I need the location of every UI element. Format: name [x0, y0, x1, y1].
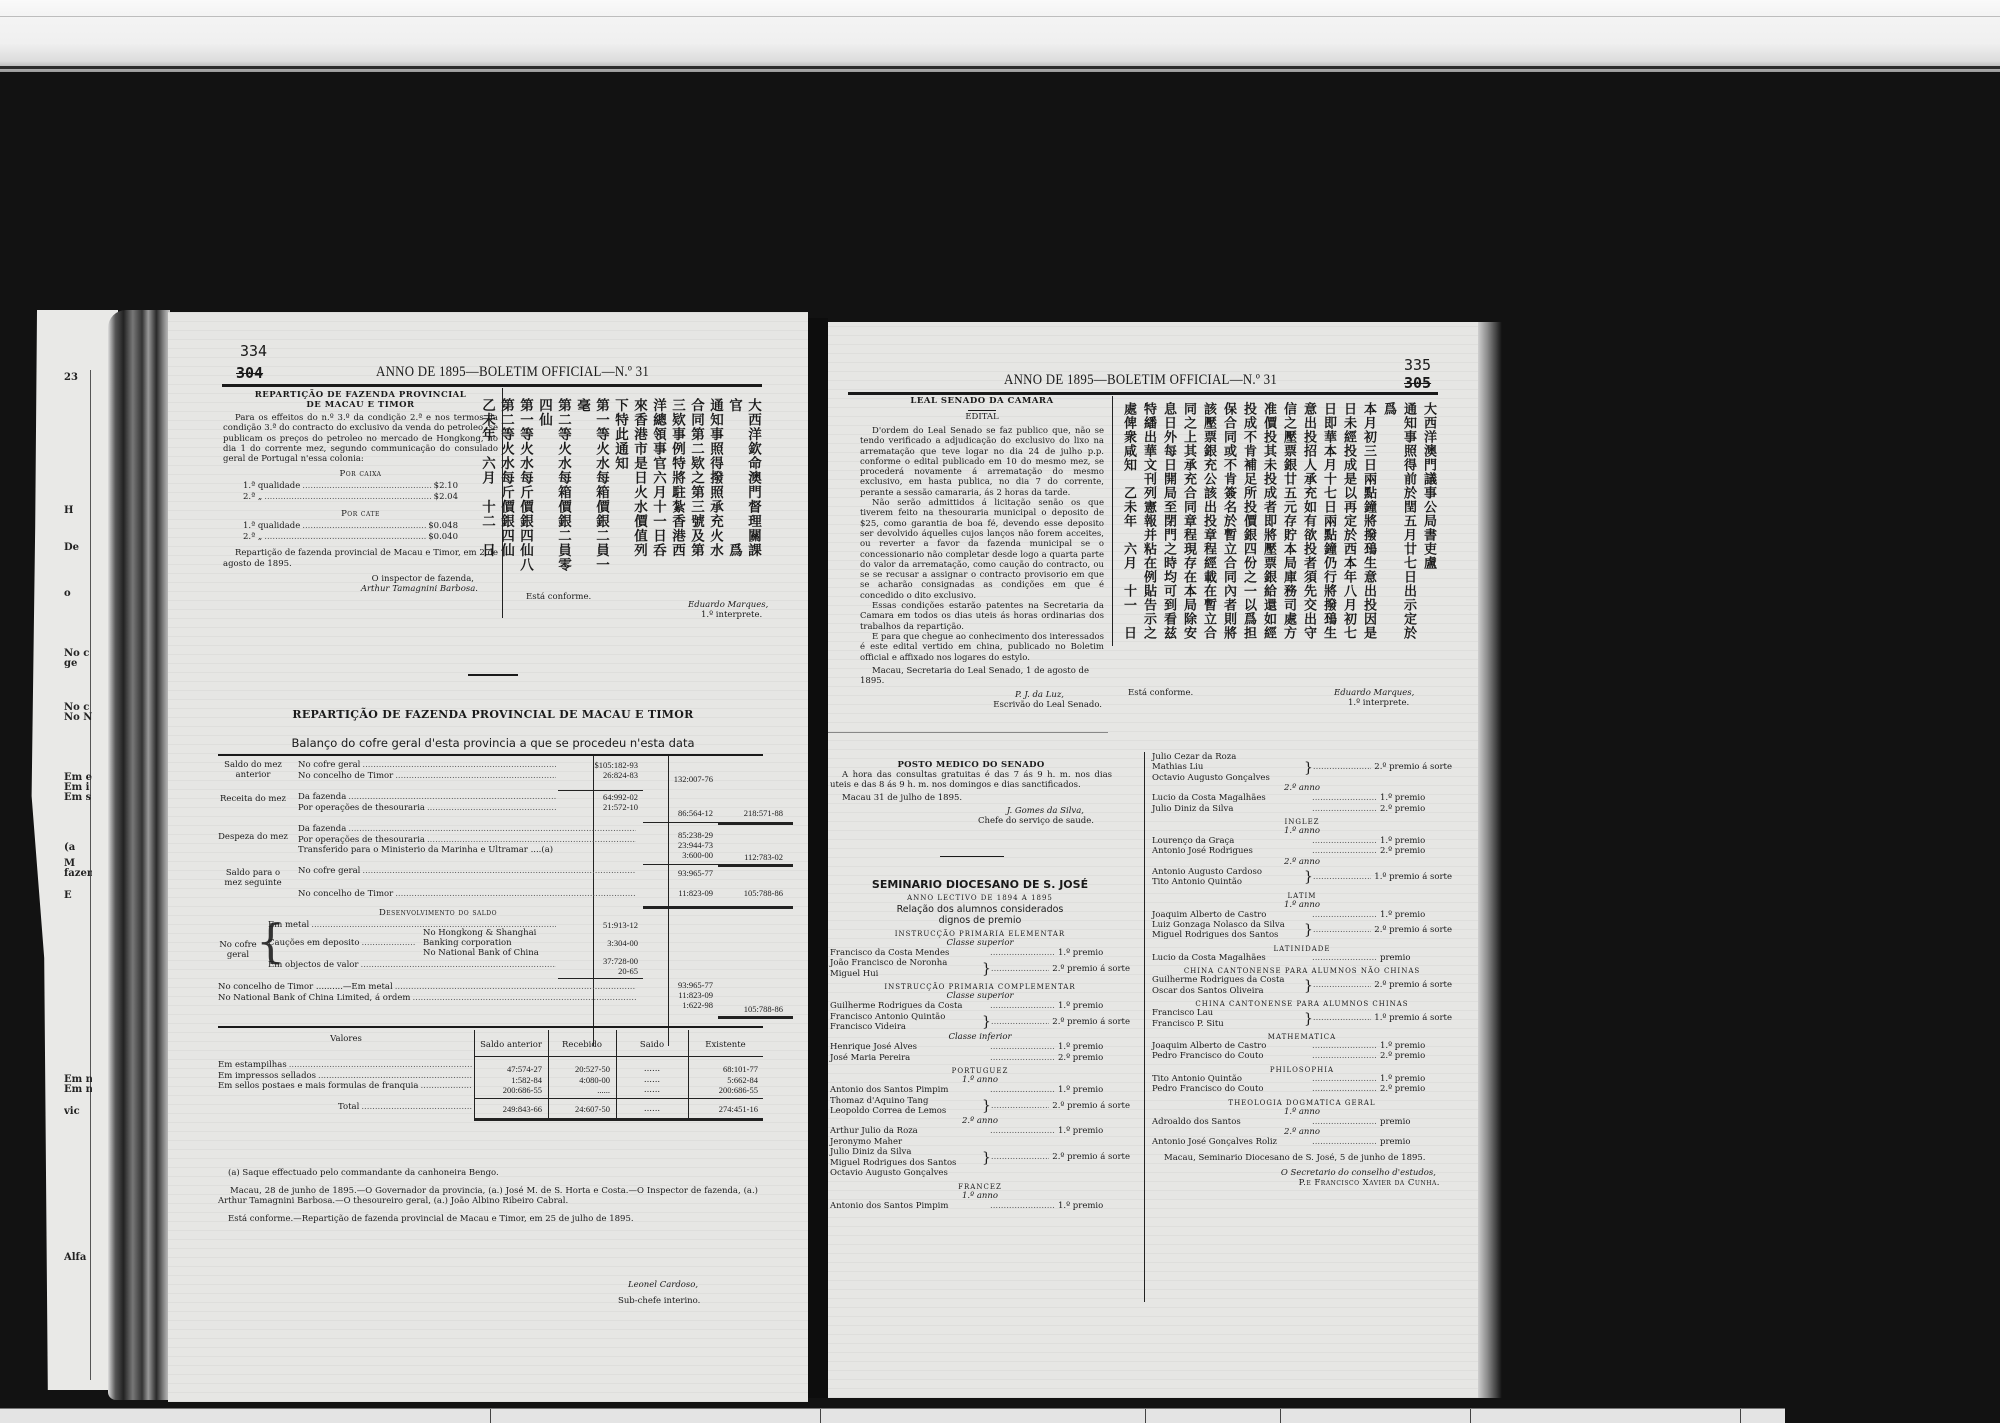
student-name: Antonio José Gonçalves Roliz	[1152, 1137, 1304, 1147]
page-edge	[1478, 322, 1502, 1398]
section-title: SEMINARIO DIOCESANO DE S. JOSÉ	[830, 878, 1130, 891]
student-name: Oscar dos Santos Oliveira	[1152, 986, 1304, 996]
prize-label: 1.º premio á sorte	[1371, 1013, 1452, 1023]
prize-class-heading: 2.º anno	[830, 1116, 1130, 1126]
prize-label: 1.º premio	[1377, 1074, 1452, 1084]
prize-entry: Luiz Gonzaga Nolasco da SilvaMiguel Rodr…	[1152, 920, 1452, 941]
prize-section-heading: CHINA CANTONENSE PARA ALUMNOS CHINAS	[1152, 1000, 1452, 1008]
prize-label: premio	[1377, 1117, 1452, 1127]
prize-entry: Lucio da Costa Magalhães1.º premio	[1152, 793, 1452, 803]
prize-section-heading: PORTUGUEZ	[830, 1067, 1130, 1075]
signer-title: Sub-chefe interino.	[618, 1296, 700, 1306]
prize-section-heading: MATHEMATICA	[1152, 1033, 1452, 1041]
student-name: Antonio Augusto Cardoso	[1152, 867, 1304, 877]
signer-name: P.e Francisco Xavier da Cunha.	[1152, 1178, 1452, 1188]
por-cate-heading: Por cate	[223, 509, 498, 519]
student-name: Lucio da Costa Magalhães	[1152, 953, 1304, 963]
student-name: Antonio dos Santos Pimpim	[830, 1201, 982, 1211]
leaf-fragment: E	[64, 890, 92, 901]
prize-class-heading: 2.º anno	[1152, 783, 1452, 793]
student-name: José Maria Pereira	[830, 1053, 982, 1063]
prize-entry: Julio Diniz da Silva2.º premio	[1152, 804, 1452, 814]
seminario-section: SEMINARIO DIOCESANO DE S. JOSÉ ANNO LECT…	[830, 878, 1130, 1211]
balance-group: Despeza do mez Da fazenda Por operações …	[218, 822, 763, 862]
prize-label: 2.º premio á sorte	[1049, 1152, 1130, 1162]
chinese-notice: 大西洋澳門議事公局書吏盧 通知事照得前於閏五月廿七日出示定於 爲 本月初三日兩點…	[1124, 402, 1438, 664]
scanner-bottom-strip	[0, 1408, 1785, 1423]
adjacent-leaf: 23 H De o No c ge No c No N Em e Em i Em…	[28, 310, 118, 1390]
brace: }	[1304, 925, 1313, 935]
prize-label: 2.º premio	[1377, 1084, 1452, 1094]
chinese-notice: 大西洋欽命澳門督理關課 官 爲 通知事照得撥照承充火水 合同第二欵之第三號及第 …	[510, 398, 762, 580]
student-name: Luiz Gonzaga Nolasco da Silva	[1152, 920, 1304, 930]
leaf-fragment: De	[64, 542, 92, 553]
prize-entry: Arthur Julio da Roza1.º premio	[830, 1126, 1130, 1136]
section-title: LEAL SENADO DA CAMARA	[860, 396, 1104, 406]
leaf-fragment: fazend	[64, 868, 92, 879]
notice-title: REPARTIÇÃO DE FAZENDA PROVINCIAL	[223, 390, 498, 400]
balance-group: Saldo para o mez seguinte No cofre geral…	[218, 862, 763, 902]
prize-entry: Julio Cezar da RozaMathias LiuOctavio Au…	[1152, 752, 1452, 783]
prize-entry: Francisco Antonio QuintãoFrancisco Videi…	[830, 1012, 1130, 1033]
translator-name: Eduardo Marques,	[1334, 688, 1414, 698]
header-rule	[222, 384, 762, 387]
leaf-fragment: No N	[64, 712, 92, 723]
book-binding	[108, 310, 170, 1400]
prize-entry: Joaquim Alberto de Castro1.º premio	[1152, 1041, 1452, 1051]
student-name: Francisco Antonio Quintão	[830, 1012, 982, 1022]
student-name: Francisco P. Situ	[1152, 1019, 1304, 1029]
prize-entry: Joaquim Alberto de Castro1.º premio	[1152, 910, 1452, 920]
prize-class-heading: 1.º anno	[1152, 1107, 1452, 1117]
printed-page-number: 304	[236, 364, 263, 382]
prize-entry: Francisco da Costa Mendes1.º premio	[830, 948, 1130, 958]
prize-entry: Lourenço da Graça1.º premio	[1152, 836, 1452, 846]
student-name: Mathias Liu	[1152, 762, 1304, 772]
prize-class-heading: Classe superior	[830, 991, 1130, 1001]
footnote: (a) Saque effectuado pelo commandante da…	[228, 1168, 748, 1178]
prize-section-heading: INSTRUCÇÃO PRIMARIA ELEMENTAR	[830, 930, 1130, 938]
student-name: Julio Cezar da Roza	[1152, 752, 1304, 762]
prize-list-col1: INSTRUCÇÃO PRIMARIA ELEMENTARClasse supe…	[830, 930, 1130, 1211]
notice-title: DE MACAU E TIMOR	[223, 400, 498, 410]
prize-entry: Antonio dos Santos Pimpim1.º premio	[830, 1201, 1130, 1211]
prize-label: 1.º premio	[1055, 1001, 1130, 1011]
header-rule	[848, 392, 1438, 395]
prize-entry: Jeronymo MaherJulio Diniz da SilvaMiguel…	[830, 1137, 1130, 1179]
student-name: Antonio dos Santos Pimpim	[830, 1085, 982, 1095]
prize-class-heading: Classe superior	[830, 938, 1130, 948]
translator-title: 1.º interprete.	[1348, 698, 1409, 708]
prize-section-heading: PHILOSOPHIA	[1152, 1066, 1452, 1074]
student-name: Francisco Lau	[1152, 1008, 1304, 1018]
prize-list-col2: Julio Cezar da RozaMathias LiuOctavio Au…	[1152, 752, 1452, 1147]
student-name: Miguel Rodrigues dos Santos	[1152, 930, 1304, 940]
student-name: Thomaz d'Aquino Tang	[830, 1096, 982, 1106]
column-header: Valores	[218, 1034, 474, 1044]
column-header: Existente	[688, 1040, 763, 1050]
prize-label: 1.º premio	[1055, 1085, 1130, 1095]
student-name: Miguel Rodrigues dos Santos	[830, 1158, 982, 1168]
signer-title: Chefe do serviço de saude.	[830, 816, 1112, 826]
student-name: Guilherme Rodrigues da Costa	[830, 1001, 982, 1011]
prize-entry: Thomaz d'Aquino TangLeopoldo Correa de L…	[830, 1096, 1130, 1117]
student-name: Pedro Francisco do Couto	[1152, 1051, 1304, 1061]
prize-entry: Pedro Francisco do Couto2.º premio	[1152, 1084, 1452, 1094]
price-row: 1.ª qualidade$0.048	[243, 521, 458, 532]
leaf-fragment: (a	[64, 842, 92, 853]
student-name: Francisco Videira	[830, 1022, 982, 1032]
running-head: ANNO DE 1895—BOLETIM OFFICIAL—N.º 31	[1004, 372, 1277, 389]
prize-entry: Antonio José Rodrigues2.º premio	[1152, 846, 1452, 856]
leaf-fragment: Em navi	[64, 1084, 92, 1095]
prize-entry: Guilherme Rodrigues da CostaOscar dos Sa…	[1152, 975, 1452, 996]
prize-label: 2.º premio á sorte	[1371, 762, 1452, 772]
prize-entry: Antonio dos Santos Pimpim1.º premio	[830, 1085, 1130, 1095]
prize-label: 1.º premio	[1055, 948, 1130, 958]
column-header: Saido	[616, 1040, 688, 1050]
student-name: Henrique José Alves	[830, 1042, 982, 1052]
leaf-fragment: H	[64, 505, 92, 516]
brace: }	[1304, 872, 1313, 882]
prize-entry: Henrique José Alves1.º premio	[830, 1042, 1130, 1052]
student-name: Antonio José Rodrigues	[1152, 846, 1304, 856]
leaf-fragment: o	[64, 588, 92, 599]
student-name: Tito Antonio Quintão	[1152, 1074, 1304, 1084]
prize-entry: José Maria Pereira2.º premio	[830, 1053, 1130, 1063]
prize-label: 1.º premio	[1377, 836, 1452, 846]
page-gutter	[808, 318, 828, 1398]
prize-entry: Lucio da Costa Magalhãespremio	[1152, 953, 1452, 963]
student-name: Octavio Augusto Gonçalves	[830, 1168, 982, 1178]
left-page: 334 304 ANNO DE 1895—BOLETIM OFFICIAL—N.…	[168, 312, 808, 1402]
prize-section-heading: FRANCEZ	[830, 1183, 1130, 1191]
prize-label: 2.º premio á sorte	[1049, 1101, 1130, 1111]
student-name: Adroaldo dos Santos	[1152, 1117, 1304, 1127]
attestation: Macau, 28 de junho de 1895.—O Governador…	[218, 1186, 758, 1207]
student-name: Miguel Hui	[830, 969, 982, 979]
balance-group: Saldo do mez anterior No cofre geral No …	[218, 760, 763, 790]
prize-class-heading: 2.º anno	[1152, 1127, 1452, 1137]
conformity-note: Está conforme.	[526, 592, 591, 602]
student-name: Julio Diniz da Silva	[830, 1147, 982, 1157]
prize-label: 2.º premio	[1377, 846, 1452, 856]
prize-class-heading: 2.º anno	[1152, 857, 1452, 867]
por-caixa-heading: Por caixa	[223, 469, 498, 479]
signer-title: Escrivão do Leal Senado.	[860, 700, 1104, 710]
prize-label: 1.º premio	[1055, 1126, 1130, 1136]
prize-label: 1.º premio	[1377, 793, 1452, 803]
signer-name: Leonel Cardoso,	[628, 1280, 698, 1290]
prize-label: 1.º premio	[1377, 1041, 1452, 1051]
prize-class-heading: 1.º anno	[1152, 900, 1452, 910]
petroleum-notice: REPARTIÇÃO DE FAZENDA PROVINCIAL DE MACA…	[223, 390, 498, 594]
column-header: Saldo anterior	[474, 1040, 548, 1050]
prize-entry: Guilherme Rodrigues da Costa1.º premio	[830, 1001, 1130, 1011]
balance-table: Saldo do mez anterior No cofre geral No …	[218, 760, 763, 902]
prize-class-heading: 1.º anno	[830, 1191, 1130, 1201]
prize-entry: João Francisco de NoronhaMiguel Hui}2.º …	[830, 958, 1130, 979]
student-name: João Francisco de Noronha	[830, 958, 982, 968]
notice-body: Para os effeitos do n.º 3.º da condição …	[223, 413, 498, 464]
brace: }	[1304, 763, 1313, 773]
posto-medico: POSTO MEDICO DO SENADO A hora das consul…	[830, 760, 1112, 826]
student-name: Julio Diniz da Silva	[1152, 804, 1304, 814]
prize-class-heading: 1.º anno	[830, 1075, 1130, 1085]
prize-label: 2.º premio á sorte	[1371, 925, 1452, 935]
translator-name: Eduardo Marques,	[688, 600, 768, 610]
development-title: Desenvolvimento do saldo	[338, 908, 538, 918]
student-name: Lourenço da Graça	[1152, 836, 1304, 846]
prize-label: 2.º premio á sorte	[1049, 1017, 1130, 1027]
conformity-note: Está conforme.	[1128, 688, 1193, 698]
prize-label: 1.º premio	[1377, 910, 1452, 920]
table-top-rule	[218, 754, 763, 756]
brace: }	[982, 964, 991, 974]
prize-label: 1.º premio	[1055, 1201, 1130, 1211]
signer-title: O inspector de fazenda,	[223, 574, 498, 584]
prize-entry: Tito Antonio Quintão1.º premio	[1152, 1074, 1452, 1084]
table-row: Em estampilhas	[218, 1060, 474, 1071]
leaf-fragment: Em s	[64, 792, 92, 803]
brace: }	[982, 1101, 991, 1111]
handwritten-page-number: 335	[1404, 356, 1431, 374]
student-name: Octavio Augusto Gonçalves	[1152, 773, 1304, 783]
brace: }	[1304, 1014, 1313, 1024]
signer-name: P. J. da Luz,	[860, 690, 1104, 700]
translator-title: 1.º interprete.	[701, 610, 762, 620]
prize-label: 2.º premio á sorte	[1049, 964, 1130, 974]
prize-section-heading: LATINIDADE	[1152, 945, 1452, 953]
prize-label: 2.º premio á sorte	[1371, 980, 1452, 990]
prize-entry: Adroaldo dos Santospremio	[1152, 1117, 1452, 1127]
brace: }	[1304, 981, 1313, 991]
leaf-fragment: 23	[64, 372, 92, 383]
price-row: 2.ª „$0.040	[243, 532, 458, 543]
conformity-note: Está conforme.—Repartição de fazenda pro…	[228, 1214, 748, 1224]
total-row: Total	[338, 1102, 474, 1113]
price-row: 1.ª qualidade$2.10	[243, 481, 458, 492]
balance-subtitle: Balanço do cofre geral d'esta provincia …	[223, 736, 763, 750]
printed-page-number: 305	[1404, 374, 1431, 392]
column-divider	[1112, 396, 1113, 646]
prize-entry: Pedro Francisco do Couto2.º premio	[1152, 1051, 1452, 1061]
prize-label: 1.º premio á sorte	[1371, 872, 1452, 882]
prize-section-heading: THEOLOGIA DOGMATICA GERAL	[1152, 1099, 1452, 1107]
student-name: Arthur Julio da Roza	[830, 1126, 982, 1136]
prize-class-heading: Classe inferior	[830, 1032, 1130, 1042]
balance-group: Receita do mez Da fazenda Por operações …	[218, 790, 763, 822]
seminario-section-col2: Julio Cezar da RozaMathias LiuOctavio Au…	[1152, 752, 1452, 1188]
section-divider	[940, 856, 1004, 857]
student-name: Joaquim Alberto de Castro	[1152, 1041, 1304, 1051]
signer-name: Arthur Tamagnini Barbosa.	[223, 584, 498, 594]
column-divider	[1144, 752, 1145, 1302]
table-row: Em sellos postaes e mais formulas de fra…	[218, 1081, 474, 1092]
brace: }	[982, 1153, 991, 1163]
student-name: Lucio da Costa Magalhães	[1152, 793, 1304, 803]
prize-label: 1.º premio	[1055, 1042, 1130, 1052]
signer-title: O Secretario do conselho d'estudos,	[1152, 1168, 1452, 1178]
leaf-fragment: ge	[64, 658, 92, 669]
section-title: POSTO MEDICO DO SENADO	[830, 760, 1112, 770]
prize-label: 2.º premio	[1377, 1051, 1452, 1061]
prize-section-heading: INSTRUCÇÃO PRIMARIA COMPLEMENTAR	[830, 983, 1130, 991]
prize-entry: Antonio Augusto CardosoTito Antonio Quin…	[1152, 867, 1452, 888]
section-subtitle: EDITAL	[860, 412, 1104, 422]
student-name: Tito Antonio Quintão	[1152, 877, 1304, 887]
prize-label: premio	[1377, 953, 1452, 963]
prize-entry: Antonio José Gonçalves Rolizpremio	[1152, 1137, 1452, 1147]
column-header: Recebido	[548, 1040, 616, 1050]
prize-label: 2.º premio	[1055, 1053, 1130, 1063]
student-name: Guilherme Rodrigues da Costa	[1152, 975, 1304, 985]
price-row: 2.ª „$2.04	[243, 492, 458, 503]
section-divider	[468, 674, 518, 676]
balance-title: REPARTIÇÃO DE FAZENDA PROVINCIAL DE MACA…	[223, 708, 763, 721]
student-name: Leopoldo Correa de Lemos	[830, 1106, 982, 1116]
student-name: Pedro Francisco do Couto	[1152, 1084, 1304, 1094]
leaf-fragment: Alfa	[64, 1252, 92, 1263]
student-name: Joaquim Alberto de Castro	[1152, 910, 1304, 920]
prize-section-heading: INGLEZ	[1152, 818, 1452, 826]
table-row: Em impressos sellados	[218, 1071, 474, 1082]
student-name: Jeronymo Maher	[830, 1137, 982, 1147]
prize-entry: Francisco LauFrancisco P. Situ}1.º premi…	[1152, 1008, 1452, 1029]
signer-name: J. Gomes da Silva,	[830, 806, 1112, 816]
running-head: ANNO DE 1895—BOLETIM OFFICIAL—N.º 31	[376, 364, 649, 381]
handwritten-page-number: 334	[240, 342, 267, 360]
leaf-fragment: vic	[64, 1106, 92, 1117]
prize-section-heading: LATIM	[1152, 892, 1452, 900]
brace: }	[982, 1017, 991, 1027]
prize-section-heading: CHINA CANTONENSE PARA ALUMNOS NÃO CHINAS	[1152, 967, 1452, 975]
scanner-top-strip	[0, 0, 2000, 72]
prize-label: 2.º premio	[1377, 804, 1452, 814]
prize-class-heading: 1.º anno	[1152, 826, 1452, 836]
student-name: Francisco da Costa Mendes	[830, 948, 982, 958]
notice-closing: Repartição de fazenda provincial de Maca…	[223, 548, 498, 569]
right-page: 335 305 ANNO DE 1895—BOLETIM OFFICIAL—N.…	[828, 322, 1478, 1398]
prize-label: premio	[1377, 1137, 1452, 1147]
senado-edital: LEAL SENADO DA CAMARA EDITAL D'ordem do …	[860, 396, 1104, 710]
